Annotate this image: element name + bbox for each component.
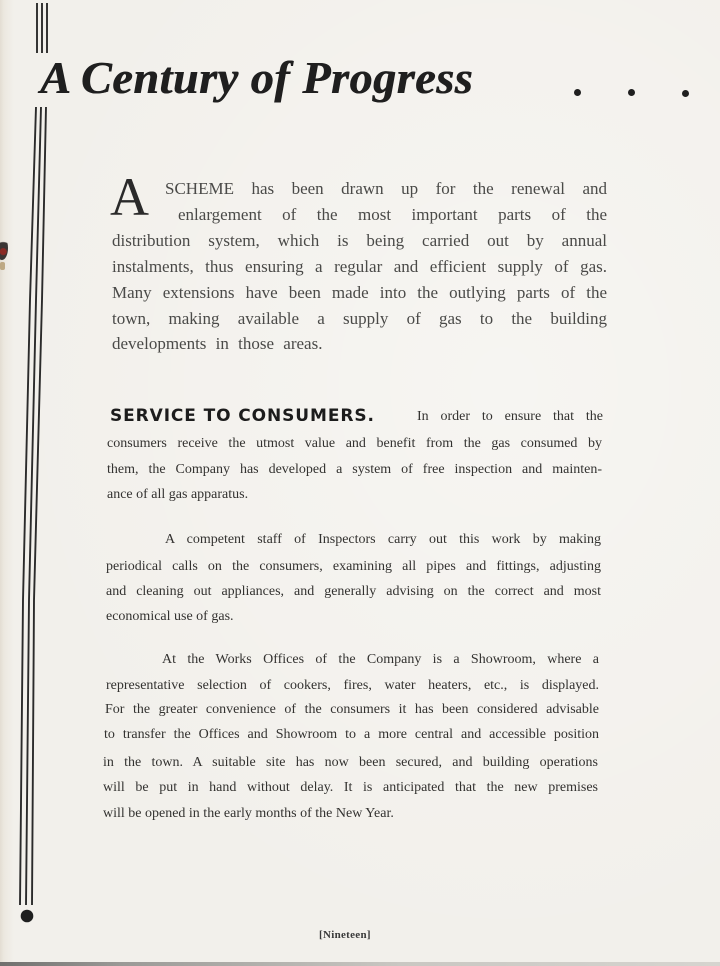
text-line: them, the Company has developed a system… [107,462,602,479]
text-line: and cleaning out appliances, and general… [106,584,601,601]
text-line: developments in those areas. [112,334,607,355]
drop-cap: A [110,165,149,230]
text-line: enlargement of the most important parts … [178,205,607,226]
text-line: instalments, thus ensuring a regular and… [112,257,607,278]
text-line: to transfer the Offices and Showroom to … [104,727,599,744]
text-line: periodical calls on the consumers, exami… [106,559,601,576]
text-line: SCHEME has been drawn up for the renewal… [165,179,607,200]
rule-terminal-dot [21,910,34,923]
text-line: will be put in hand without delay. It is… [103,780,598,797]
text-line: in the town. A suitable site has now bee… [103,755,598,772]
text-line: ance of all gas apparatus. [107,487,602,504]
section-heading: SERVICE TO CONSUMERS. [110,406,375,426]
text-line: representative selection of cookers, fir… [106,678,599,695]
text-line: At the Works Offices of the Company is a… [162,652,599,669]
title-ellipsis-dot [628,89,635,96]
text-line: For the greater convenience of the consu… [105,702,599,719]
text-line: distribution system, which is being carr… [112,231,607,252]
text-line: A competent staff of Inspectors carry ou… [165,532,601,549]
text-line: town, making available a supply of gas t… [112,309,607,330]
page-number: [Nineteen] [319,929,371,942]
text-line: consumers receive the utmost value and b… [107,436,602,453]
title-ellipsis-dot [682,90,689,97]
title-ellipsis-dot [574,89,581,96]
text-line: In order to ensure that the [417,409,603,426]
text-line: Many extensions have been made into the … [112,283,607,304]
text-line: will be opened in the early months of th… [103,806,598,823]
page-title: A Century of Progress [40,50,473,105]
text-line: economical use of gas. [106,609,601,626]
